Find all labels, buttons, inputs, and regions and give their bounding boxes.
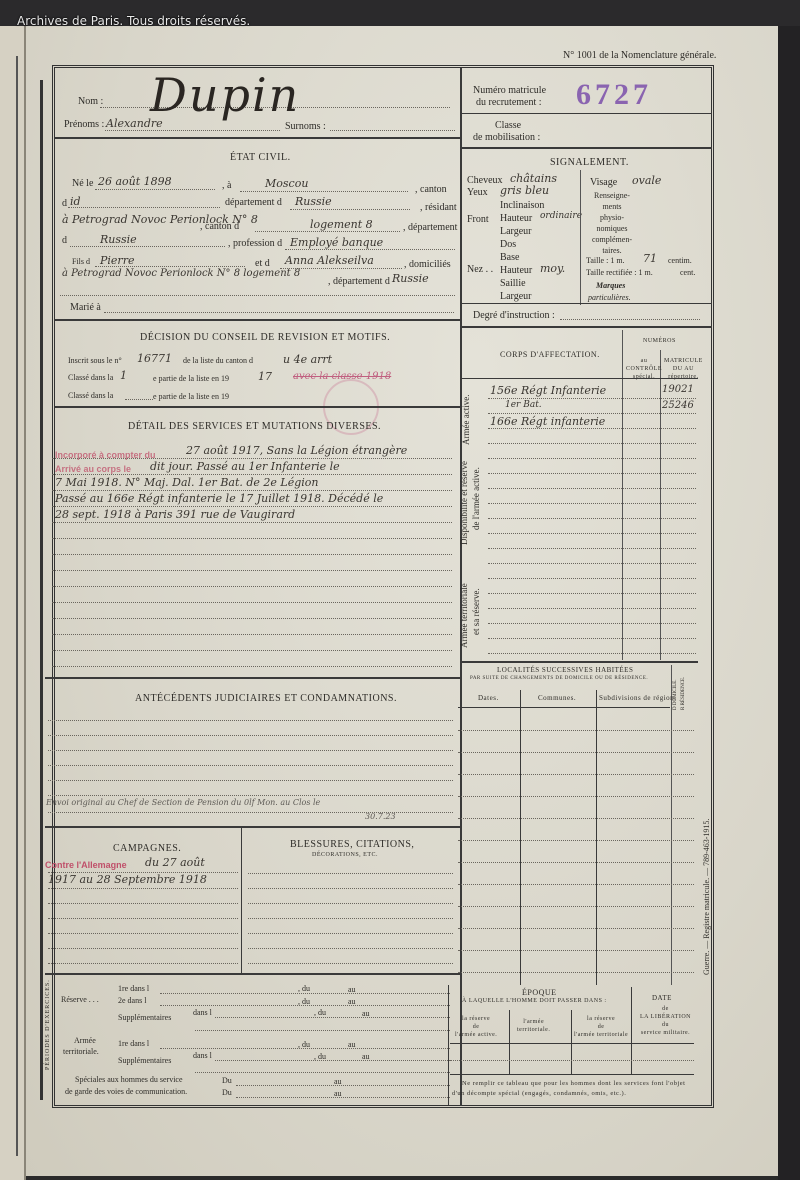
residence-canton: logement 8: [310, 218, 373, 231]
service-line: 7 Mai 1918. N° Maj. Dal. 1er Bat. de 2e …: [55, 476, 319, 489]
detail-title: DÉTAIL DES SERVICES ET MUTATIONS DIVERSE…: [128, 421, 381, 432]
parents-department: Russie: [392, 272, 429, 285]
date-title: DATE: [652, 994, 672, 1002]
watermark: Archives de Paris. Tous droits réservés.: [17, 14, 250, 28]
residence-department: Russie: [100, 233, 137, 246]
antecedents-note: Envoi original au Chef de Section de Pen…: [46, 798, 320, 807]
nomenclature-number: N° 1001 de la Nomenclature générale.: [563, 50, 716, 61]
decision-title: DÉCISION DU CONSEIL DE REVISION ET MOTIF…: [140, 332, 390, 343]
previous-page-edge: [0, 26, 26, 1180]
forehead-height-value: ordinaire: [540, 211, 582, 221]
nom-value: Dupin: [150, 68, 300, 122]
epoque-footnote: Ne remplir ce tableau que pour les homme…: [462, 1080, 685, 1087]
service-line: Passé au 166e Régt infanterie le 17 Juil…: [55, 492, 383, 505]
matricule-stamp: 6727: [576, 78, 652, 112]
eyes-value: gris bleu: [500, 184, 549, 197]
numeros-title: NUMÉROS: [643, 338, 676, 344]
communes-col: Communes.: [538, 694, 576, 702]
service-line: 27 août 1917, Sans la Légion étrangère: [186, 444, 407, 457]
armee-active-label: Armée active.: [461, 395, 471, 445]
corps-entry: 156e Régt Infanterie: [490, 384, 606, 397]
binding-line: [40, 80, 43, 1100]
mother-name: Anna Alekseilva: [285, 254, 374, 267]
disponibilite-label: Disponibilité et réserve: [459, 461, 469, 545]
profession: Employé banque: [290, 236, 383, 249]
classe-partie: 1: [120, 369, 127, 382]
campagne-stamp: Contre l'Allemagne: [45, 860, 127, 870]
signalement-title: SIGNALEMENT.: [550, 157, 629, 168]
parents-domicile: à Petrograd Novoc Perionlock N° 8 logeme…: [62, 268, 300, 279]
service-line: 28 sept. 1918 à Paris 391 rue de Vaugira…: [55, 508, 295, 521]
service-line: dit jour. Passé au 1er Infanterie le: [150, 460, 340, 473]
viewer-right-margin: [778, 26, 800, 1180]
renseignements-label: Renseigne- ments physio- nomiques complé…: [592, 190, 632, 256]
surnoms-label: Surnoms :: [285, 121, 326, 132]
classe-year: 17: [258, 370, 272, 383]
inscrit-number: 16771: [137, 352, 172, 365]
corps-title: CORPS D'AFFECTATION.: [500, 350, 600, 359]
blessures-title: BLESSURES, CITATIONS,: [290, 839, 414, 850]
birth-place: Moscou: [265, 177, 308, 190]
nom-label: Nom :: [78, 96, 103, 107]
prenoms-value: Alexandre: [106, 117, 163, 130]
periodes-side-label: PÉRIODES D'EXERCICES.: [45, 979, 51, 1070]
face-value: ovale: [632, 174, 661, 187]
side-imprint: Guerre. — Registre matricule. — 789-463-…: [702, 819, 711, 975]
dates-col: Dates.: [478, 694, 499, 702]
matricule-entry: 19021: [662, 384, 694, 395]
etat-civil-title: ÉTAT CIVIL.: [230, 152, 291, 163]
campagnes-title: CAMPAGNES.: [113, 843, 181, 854]
height-value: 71: [643, 252, 657, 265]
corps-entry: 166e Régt infanterie: [490, 415, 605, 428]
localites-title: LOCALITÉS SUCCESSIVES HABITÉES: [497, 666, 633, 674]
campagne-line: du 27 août: [145, 856, 205, 869]
classe-label: Classe: [495, 120, 521, 131]
canton-list: u 4e arrt: [283, 353, 332, 366]
antecedents-date: 30.7.23: [365, 812, 396, 821]
epoque-title: ÉPOQUE: [522, 988, 557, 997]
birth-department: Russie: [295, 195, 332, 208]
nose-height-value: moy.: [540, 262, 565, 275]
territoriale-label: Armée territoriale: [459, 583, 469, 648]
matricule-label: Numéro matricule: [473, 85, 546, 96]
prenoms-label: Prénoms :: [64, 119, 104, 130]
corps-entry: 1er Bat.: [505, 400, 542, 410]
residence-col: R RÉSIDENCE.: [681, 677, 686, 710]
campagne-line: 1917 au 28 Septembre 1918: [48, 873, 207, 886]
matricule-entry: 25246: [662, 400, 694, 411]
subdivisions-col: Subdivisions de région.: [599, 694, 676, 702]
antecedents-title: ANTÉCÉDENTS JUDICIAIRES ET CONDAMNATIONS…: [135, 693, 397, 704]
birth-date: 26 août 1898: [98, 175, 172, 188]
